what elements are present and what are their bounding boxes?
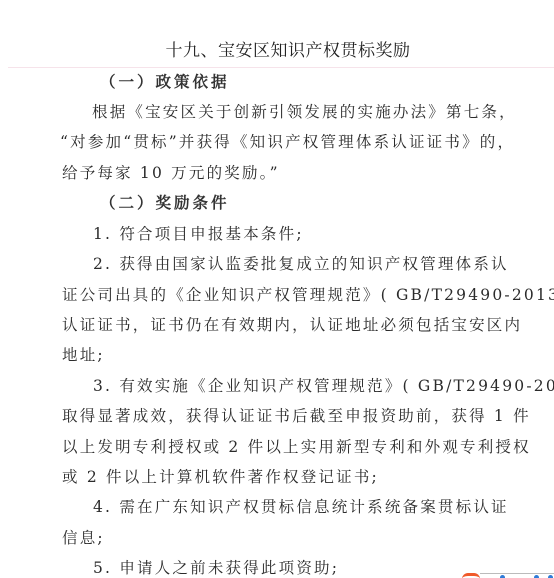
- title-separator: [8, 67, 554, 68]
- condition-item-1: 1. 符合项目申报基本条件;: [93, 222, 304, 244]
- logo-divider: [480, 573, 554, 574]
- document-page: 十九、宝安区知识产权贯标奖励 （一）政策依据 根据《宝安区关于创新引领发展的实施…: [0, 0, 554, 578]
- paragraph-line: 以上发明专利授权或 2 件以上实用新型专利和外观专利授权: [62, 435, 531, 457]
- logo-mark-icon: [462, 573, 480, 578]
- paragraph-line: 证公司出具的《企业知识产权管理规范》( GB/T29490-2013 ): [62, 283, 554, 305]
- paragraph-line: 认证证书，证书仍在有效期内，认证地址必须包括宝安区内: [62, 313, 522, 335]
- condition-item-2: 2. 获得由国家认监委批复成立的知识产权管理体系认: [93, 252, 509, 274]
- paragraph-line: “对参加“贯标”并获得《知识产权管理体系认证证书》的，: [60, 130, 515, 152]
- paragraph-line: 信息;: [62, 526, 105, 548]
- paragraph-line: 或 2 件以上计算机软件著作权登记证书;: [62, 465, 379, 487]
- section-heading-policy-basis: （一）政策依据: [100, 70, 230, 92]
- document-title: 十九、宝安区知识产权贯标奖励: [0, 36, 554, 61]
- paragraph-line: 地址;: [62, 343, 105, 365]
- section-heading-award-conditions: （二）奖励条件: [100, 191, 230, 213]
- paragraph-line: 给予每家 10 万元的奖励。”: [62, 161, 280, 183]
- site-logo-icon: [462, 571, 554, 578]
- paragraph-line: 取得显著成效，获得认证证书后截至申报资助前，获得 1 件: [62, 404, 531, 426]
- paragraph-line: 根据《宝安区关于创新引领发展的实施办法》第七条，: [92, 100, 517, 122]
- condition-item-5: 5. 申请人之前未获得此项资助;: [93, 556, 339, 578]
- condition-item-3: 3. 有效实施《企业知识产权管理规范》( GB/T29490-2013 ): [93, 374, 554, 396]
- condition-item-4: 4. 需在广东知识产权贯标信息统计系统备案贯标认证: [93, 495, 509, 517]
